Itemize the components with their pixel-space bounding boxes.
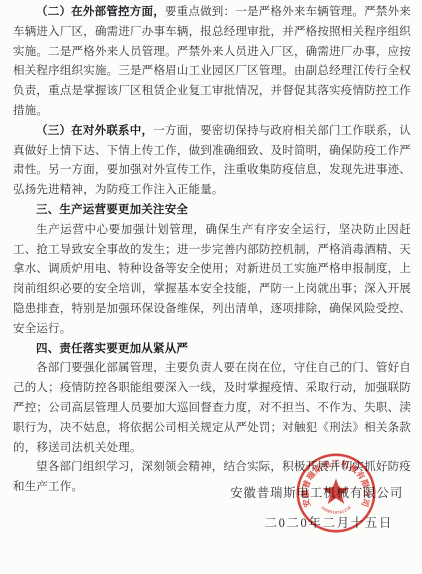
heading-production-safety: 三、生产运营要更加关注安全 [13, 201, 411, 221]
heading-responsibility: 四、责任落实要更加从紧从严 [13, 340, 411, 360]
paragraph-lead-external-control: （二）在外部管控方面， [36, 6, 165, 18]
paragraph-lead-external-liaison: （三）在对外联系中， [36, 125, 153, 137]
paragraph-responsibility: 各部门要强化部属管理，主要负责人要在岗在位，守住自己的门、管好自己的人；疫情防控… [13, 359, 411, 458]
paragraph-production-safety: 生产运营中心要加强计划管理，确保生产有序安全运行，坚决防止因赶工、抢工导致安全事… [13, 221, 411, 340]
signature-date: 二0二0年二月十五日 [264, 514, 393, 534]
document-page: （二）在外部管控方面，要重点做到：一是严格外来车辆管理。严禁外来车辆进入厂区，确… [0, 0, 422, 574]
paragraph-external-liaison: （三）在对外联系中，一方面，要密切保持与政府相关部门工作联系，认真做好上情下达、… [13, 122, 411, 201]
paragraph-external-control: （二）在外部管控方面，要重点做到：一是严格外来车辆管理。严禁外来车辆进入厂区，确… [13, 3, 411, 122]
signature-company-name: 安徽普瑞斯电工机械有限公司 [230, 484, 403, 504]
paragraph-text-external-control: 要重点做到：一是严格外来车辆管理。严禁外来车辆进入厂区，确需进厂办事车辆，报总经… [13, 6, 411, 117]
